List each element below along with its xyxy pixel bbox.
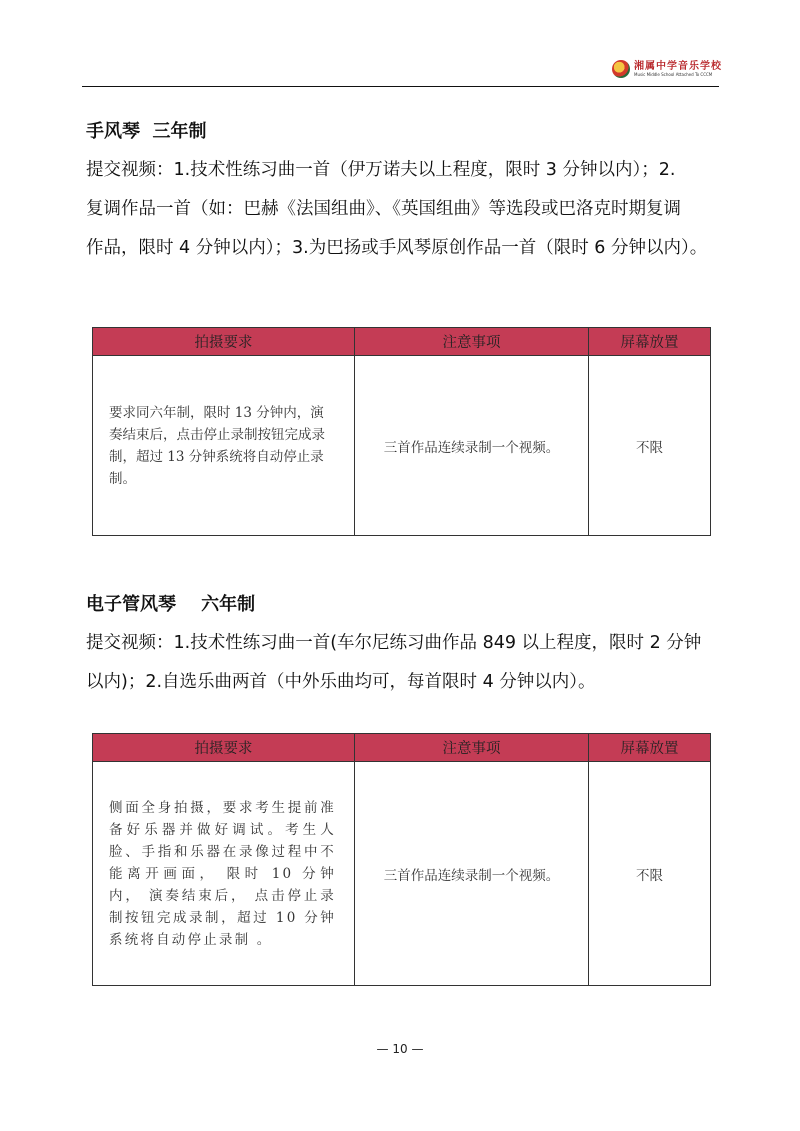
table-header-row: 拍摄要求 注意事项 屏幕放置 (93, 734, 711, 762)
section-description-accordion: 提交视频：1.技术性练习曲一首（伊万诺夫以上程度，限时 3 分钟以内）；2. 复… (86, 151, 720, 268)
section-description-electronic-organ: 提交视频：1.技术性练习曲一首(车尔尼练习曲作品 849 以上程度，限时 2 分… (86, 624, 720, 702)
header-screen-placement: 屏幕放置 (589, 328, 711, 356)
table-row: 侧面全身拍摄，要求考生提前准备好乐器并做好调试。考生人脸、手指和乐器在录像过程中… (93, 762, 711, 986)
requirements-table-electronic-organ: 拍摄要求 注意事项 屏幕放置 侧面全身拍摄，要求考生提前准备好乐器并做好调试。考… (92, 733, 711, 986)
description-line: 以内)；2.自选乐曲两首（中外乐曲均可，每首限时 4 分钟以内）。 (86, 663, 720, 702)
screen-placement-text: 不限 (636, 868, 663, 884)
header-notes: 注意事项 (355, 734, 589, 762)
cell-shooting-requirements: 侧面全身拍摄，要求考生提前准备好乐器并做好调试。考生人脸、手指和乐器在录像过程中… (93, 762, 355, 986)
logo-english-name: Music Middle School Attached To CCCM (634, 73, 722, 77)
shooting-requirements-text: 侧面全身拍摄，要求考生提前准备好乐器并做好调试。考生人脸、手指和乐器在录像过程中… (93, 797, 354, 951)
notes-text: 三首作品连续录制一个视频。 (384, 868, 560, 884)
notes-text: 三首作品连续录制一个视频。 (384, 440, 560, 456)
page-number: — 10 — (0, 1042, 800, 1056)
header-logo: 湘属中学音乐学校 Music Middle School Attached To… (612, 58, 740, 80)
header-screen-placement: 屏幕放置 (589, 734, 711, 762)
header-notes: 注意事项 (355, 328, 589, 356)
shooting-requirements-text: 要求同六年制，限时 13 分钟内，演奏结束后，点击停止录制按钮完成录制，超过 1… (93, 402, 354, 490)
cell-notes: 三首作品连续录制一个视频。 (355, 762, 589, 986)
header-shooting-requirements: 拍摄要求 (93, 734, 355, 762)
description-line: 复调作品一首（如：巴赫《法国组曲》、《英国组曲》等选段或巴洛克时期复调 (86, 190, 720, 229)
description-line: 作品，限时 4 分钟以内）；3.为巴扬或手风琴原创作品一首（限时 6 分钟以内）… (86, 229, 720, 268)
header-shooting-requirements: 拍摄要求 (93, 328, 355, 356)
table-row: 要求同六年制，限时 13 分钟内，演奏结束后，点击停止录制按钮完成录制，超过 1… (93, 356, 711, 536)
description-line: 提交视频：1.技术性练习曲一首(车尔尼练习曲作品 849 以上程度，限时 2 分… (86, 624, 720, 663)
screen-placement-text: 不限 (636, 440, 663, 456)
description-line: 提交视频：1.技术性练习曲一首（伊万诺夫以上程度，限时 3 分钟以内）；2. (86, 151, 720, 190)
logo-chinese-name: 湘属中学音乐学校 (634, 62, 722, 72)
logo-text: 湘属中学音乐学校 Music Middle School Attached To… (634, 62, 722, 77)
cell-notes: 三首作品连续录制一个视频。 (355, 356, 589, 536)
header-rule (82, 86, 719, 87)
cell-screen-placement: 不限 (589, 356, 711, 536)
cell-shooting-requirements: 要求同六年制，限时 13 分钟内，演奏结束后，点击停止录制按钮完成录制，超过 1… (93, 356, 355, 536)
cell-screen-placement: 不限 (589, 762, 711, 986)
section-title-electronic-organ: 电子管风琴 六年制 (86, 590, 255, 616)
school-emblem-icon (612, 60, 630, 78)
section-title-accordion: 手风琴 三年制 (86, 117, 207, 143)
requirements-table-accordion: 拍摄要求 注意事项 屏幕放置 要求同六年制，限时 13 分钟内，演奏结束后，点击… (92, 327, 711, 536)
table-header-row: 拍摄要求 注意事项 屏幕放置 (93, 328, 711, 356)
